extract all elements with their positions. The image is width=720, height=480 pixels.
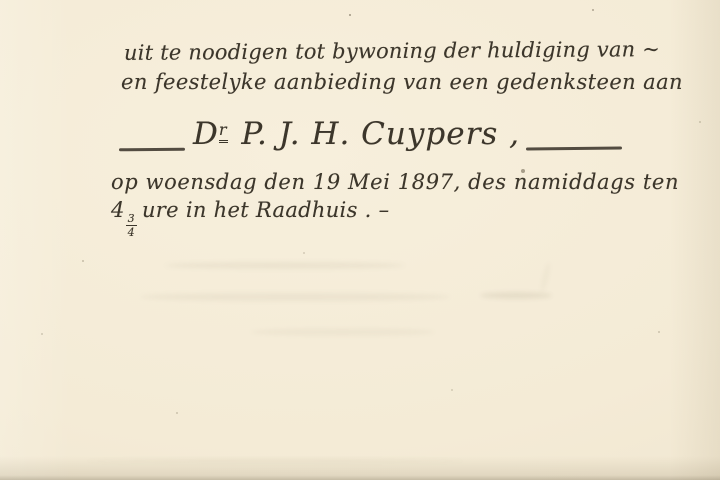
flourish-rule-right: [526, 146, 622, 150]
paper-specks: [0, 0, 2, 2]
ink-show-through-smudge: [250, 328, 435, 336]
honoree-name-line: Dr P. J. H. Cuypers ,: [193, 116, 520, 152]
flourish-rule-left: [119, 148, 185, 152]
time-fraction: 34: [126, 213, 137, 238]
invitation-line-2: en feestelyke aanbieding van een gedenks…: [121, 70, 683, 94]
time-fraction-denominator: 4: [128, 226, 135, 238]
time-whole-number: 4: [111, 198, 125, 222]
time-fraction-numerator: 3: [126, 213, 137, 226]
invitation-line-5-time-place: 434ure in het Raadhuis . –: [111, 198, 389, 238]
ink-show-through-smudge: [165, 262, 405, 269]
ink-show-through-smudge: [140, 293, 450, 301]
scanned-invitation-document: uit te noodigen tot bywoning der huldigi…: [0, 0, 720, 480]
invitation-line-1: uit te noodigen tot bywoning der huldigi…: [124, 37, 660, 65]
honoree-title-superscript: r: [219, 120, 228, 143]
invitation-line-5-rest: ure in het Raadhuis . –: [142, 198, 389, 222]
honoree-title-letter: D: [193, 116, 219, 152]
ink-show-through-smudge: [85, 459, 465, 463]
invitation-line-4-date: op woensdag den 19 Mei 1897, des namidda…: [111, 170, 679, 194]
ink-show-through-smudge: [480, 292, 552, 299]
ink-show-through-smudge: [539, 262, 551, 292]
honoree-name: P. J. H. Cuypers ,: [241, 116, 520, 152]
